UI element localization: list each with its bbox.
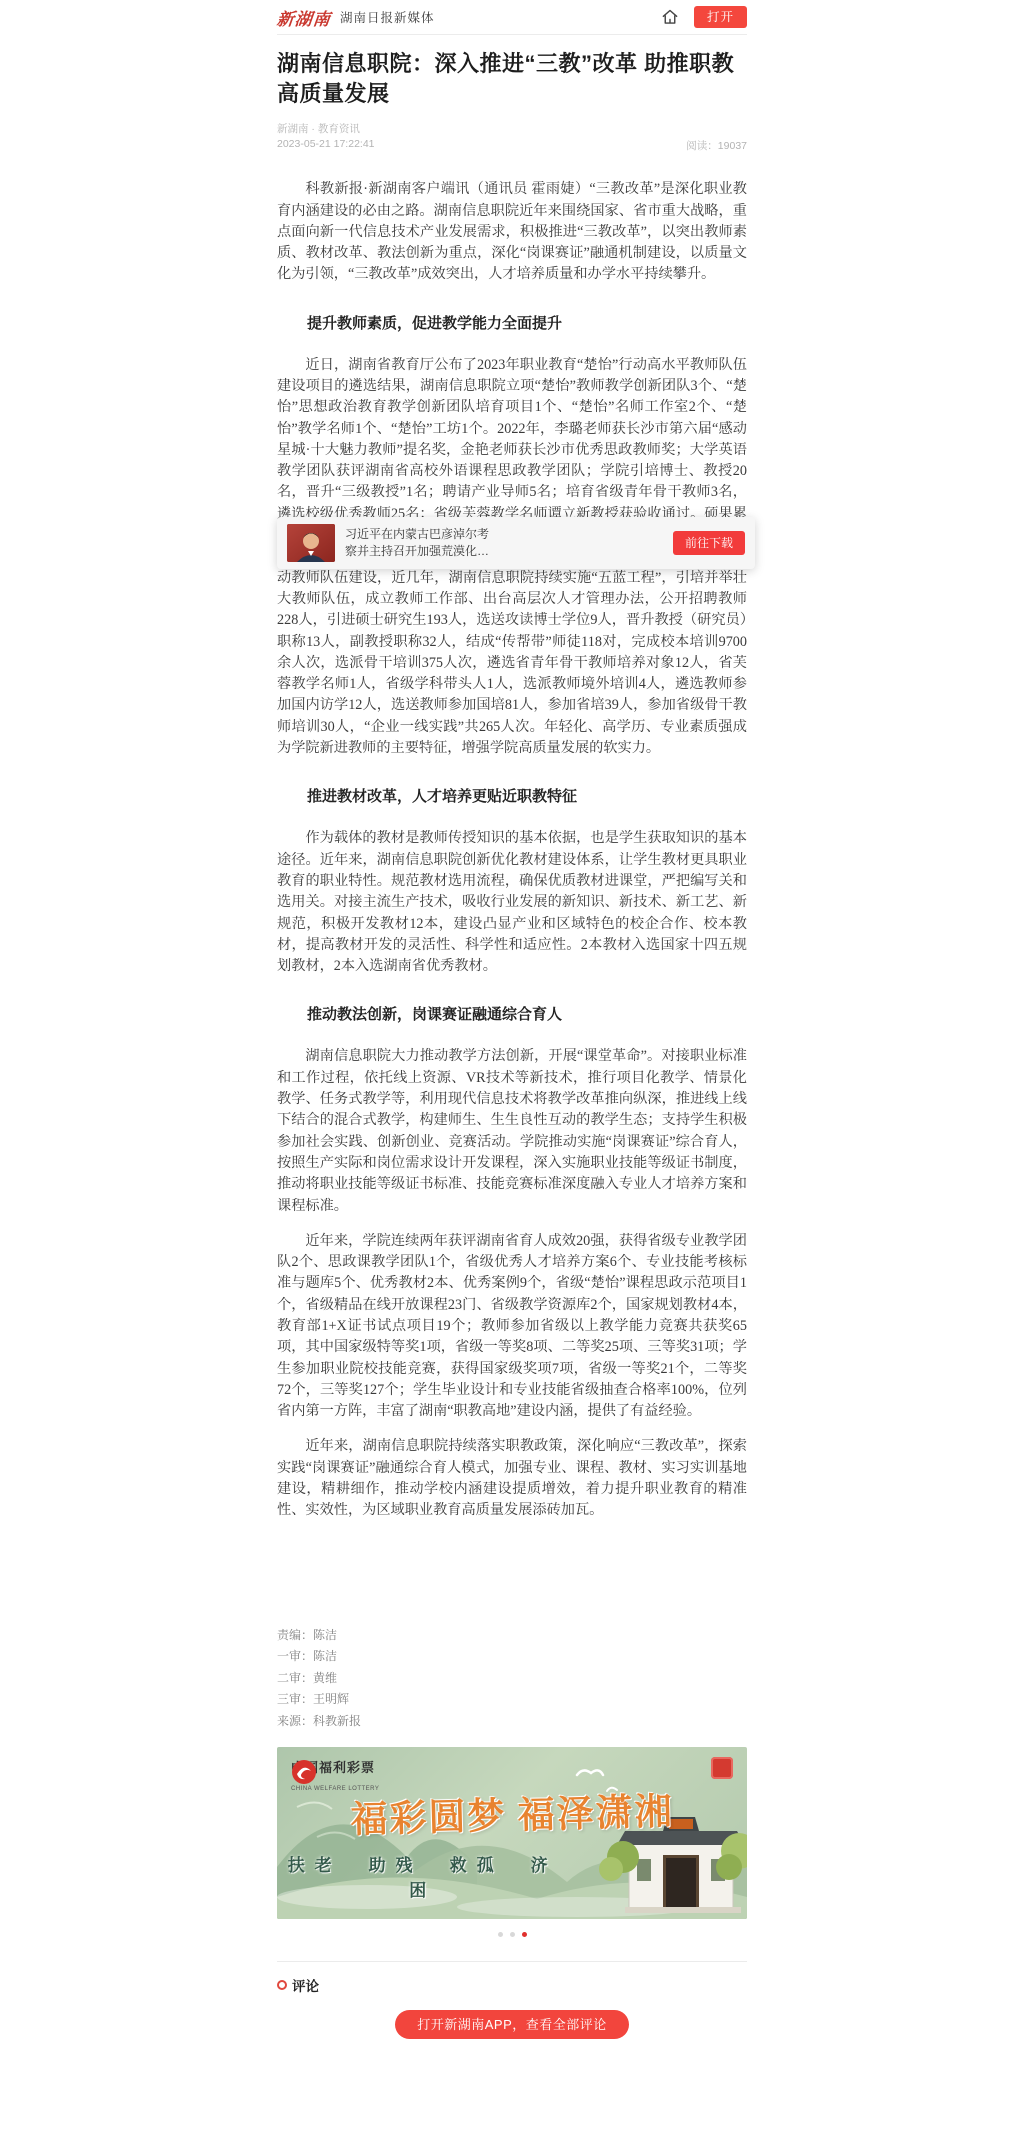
page: 新湖南 湖南日报新媒体 打开 湖南信息职院：深入推进“三教”改革 助推职教高质量… [0, 0, 1024, 2148]
credit-line: 责编：陈洁 [277, 1626, 747, 1645]
credit-line: 一审：陈洁 [277, 1647, 747, 1666]
carousel-dot[interactable] [498, 1932, 503, 1937]
section-heading: 提升教师素质，促进教学能力全面提升 [277, 312, 747, 333]
credit-line: 二审：黄维 [277, 1669, 747, 1688]
carousel-dots [277, 1932, 747, 1937]
timestamp: 2023-05-21 17:22:41 [277, 137, 375, 153]
article-body: 科教新报·新湖南客户端讯（通讯员 霍雨婕）“三教改革”是深化职业教育内涵建设的必… [277, 179, 747, 1521]
download-banner[interactable]: 习近平在内蒙古巴彦淖尔考 察并主持召开加强荒漠化… 前往下载 [277, 517, 755, 569]
article-paragraph: 近年来，湖南信息职院持续落实职教政策，深化响应“三教改革”，探索实践“岗课赛证”… [277, 1436, 747, 1521]
banner-thumbnail [287, 524, 335, 562]
go-download-button[interactable]: 前往下载 [673, 531, 745, 555]
article-meta: 新湖南 · 教育资讯 2023-05-21 17:22:41 阅读：19037 [277, 122, 747, 154]
banner-headline-line1: 习近平在内蒙古巴彦淖尔考 [345, 527, 489, 541]
home-icon[interactable] [660, 7, 680, 27]
credits-block: 责编：陈洁 一审：陈洁 二审：黄维 三审：王明辉 来源：科教新报 [277, 1626, 747, 1731]
carousel-dot[interactable] [510, 1932, 515, 1937]
credit-line: 来源：科教新报 [277, 1712, 747, 1731]
article-paragraph: 科教新报·新湖南客户端讯（通讯员 霍雨婕）“三教改革”是深化职业教育内涵建设的必… [277, 179, 747, 285]
section-heading: 推动教法创新，岗课赛证融通综合育人 [277, 1003, 747, 1024]
cwl-logo-icon [291, 1759, 317, 1785]
header-bar: 新湖南 湖南日报新媒体 打开 [277, 0, 747, 35]
read-count: 阅读：19037 [686, 138, 747, 153]
lottery-ad-banner[interactable]: 中国福利彩票 CHINA WELFARE LOTTERY 福彩圆梦 福泽潇湘 扶… [277, 1747, 747, 1919]
open-app-header-button[interactable]: 打开 [694, 6, 747, 29]
article-paragraph: 近年来，学院连续两年获评湖南省育人成效20强，获得省级专业教学团队2个、思政课教… [277, 1231, 747, 1423]
banner-seal-icon [711, 1757, 733, 1779]
section-heading: 推进教材改革，人才培养更贴近职教特征 [277, 785, 747, 806]
page-title: 湖南信息职院：深入推进“三教”改革 助推职教高质量发展 [277, 49, 747, 110]
banner-headline-line2: 察并主持召开加强荒漠化… [345, 544, 489, 558]
ad-tagline: 扶老 助残 救孤 济困 [277, 1851, 568, 1901]
comments-section: 评论 打开新湖南APP，查看全部评论 [277, 1961, 747, 2039]
credit-line: 三审：王明辉 [277, 1690, 747, 1709]
article-paragraph: 作为载体的教材是教师传授知识的基本依据，也是学生获取知识的基本途径。近年来，湖南… [277, 828, 747, 977]
comments-title: 评论 [292, 1975, 319, 1995]
open-app-comments-button[interactable]: 打开新湖南APP，查看全部评论 [395, 2010, 629, 2039]
article-paragraph: 湖南信息职院大力推动教学方法创新，开展“课堂革命”。对接职业标准和工作过程，依托… [277, 1046, 747, 1216]
carousel-dot-active[interactable] [522, 1932, 527, 1937]
channel-label: 新湖南 · 教育资讯 [277, 122, 375, 138]
brand-text: 湖南日报新媒体 [340, 8, 435, 26]
xinhunan-logo[interactable]: 新湖南 [276, 5, 333, 30]
comment-icon [277, 1980, 287, 1990]
